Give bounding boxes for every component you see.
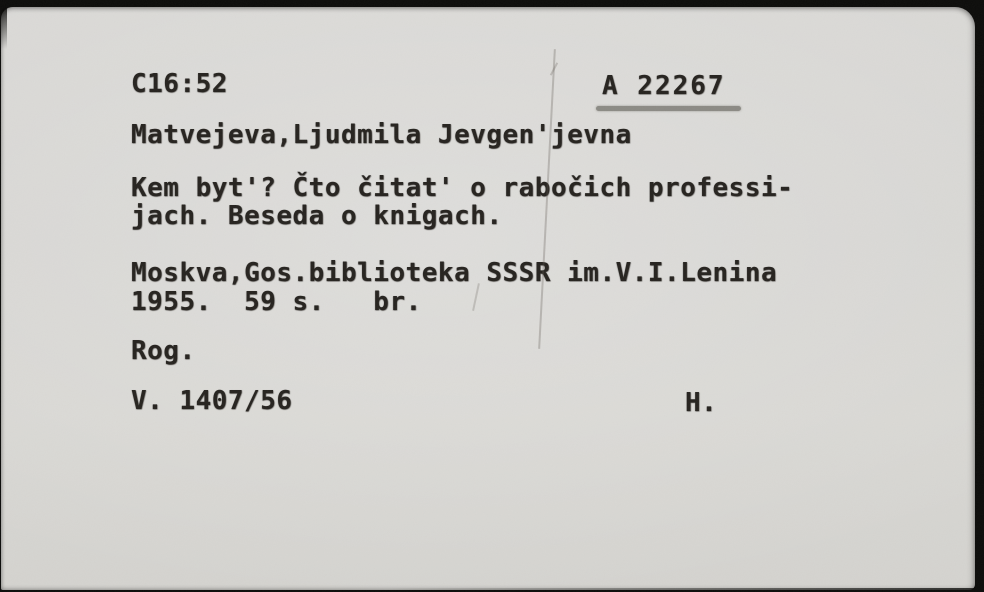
shelf-number: V. 1407/56 (131, 386, 293, 416)
author-heading: Matvejeva,Ljudmila Jevgen'jevna (131, 120, 632, 150)
cataloger-note: Rog. (131, 336, 196, 366)
scan-edge-line (391, 588, 975, 590)
title-line-1: Kem byt'? Čto čitat' o rabočich professi… (131, 173, 793, 203)
call-number: C16:52 (131, 69, 228, 99)
catalog-card-scan: C16:52 A 22267 Matvejeva,Ljudmila Jevgen… (0, 0, 984, 592)
scan-edge-notch (1, 7, 7, 49)
accession-underline (596, 106, 741, 111)
imprint-line-1: Moskva,Gos.biblioteka SSSR im.V.I.Lenina (131, 258, 777, 288)
cataloger-initial: H. (685, 388, 717, 418)
title-line-2: jach. Beseda o knigach. (131, 201, 503, 231)
scan-scratch (550, 62, 558, 75)
imprint-line-2: 1955. 59 s. br. (131, 287, 422, 317)
index-card: C16:52 A 22267 Matvejeva,Ljudmila Jevgen… (1, 7, 975, 590)
accession-number: A 22267 (602, 71, 726, 101)
